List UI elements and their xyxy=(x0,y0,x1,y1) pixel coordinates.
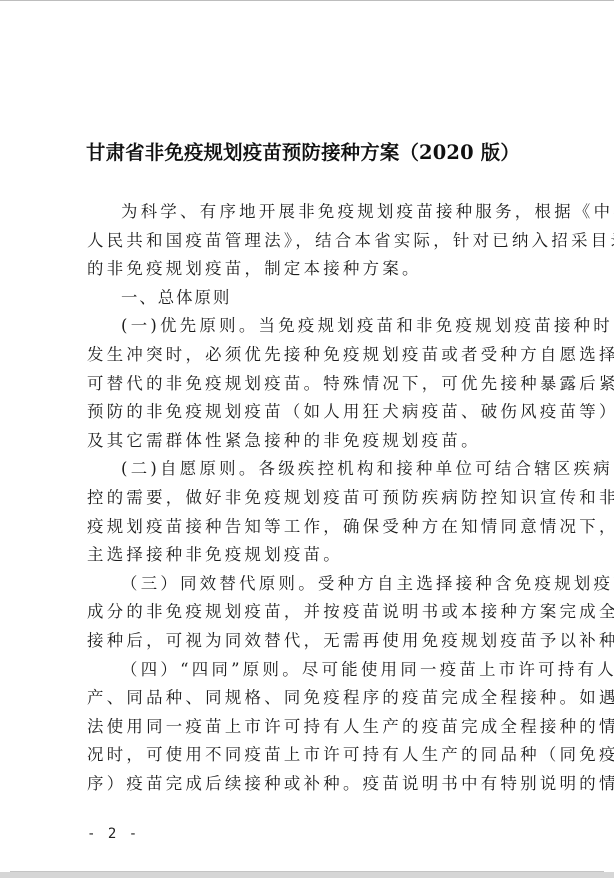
paragraph-line: 产、同品种、同规格、同免疫程序的疫苗完成全程接种。如遇无 xyxy=(87,684,539,713)
document-title: 甘肃省非免疫规划疫苗预防接种方案（2020 版） xyxy=(86,137,546,165)
paragraph-line: 接种后，可视为同效替代，无需再使用免疫规划疫苗予以补种。 xyxy=(87,627,539,656)
paragraph-line: （三）同效替代原则。受种方自主选择接种含免疫规划疫苗 xyxy=(87,570,539,599)
section-heading: 一、总体原则 xyxy=(87,284,539,313)
paragraph-line: 为科学、有序地开展非免疫规划疫苗接种服务，根据《中华 xyxy=(87,198,539,227)
document-body: 为科学、有序地开展非免疫规划疫苗接种服务，根据《中华 人民共和国疫苗管理法》，结… xyxy=(87,198,539,798)
paragraph-line: 成分的非免疫规划疫苗，并按疫苗说明书或本接种方案完成全程 xyxy=(87,598,539,627)
paragraph-line: (二)自愿原则。各级疾控机构和接种单位可结合辖区疾病防 xyxy=(87,455,539,484)
paragraph-line: 疫规划疫苗接种告知等工作，确保受种方在知情同意情况下，自 xyxy=(87,513,539,542)
paragraph-line: 的非免疫规划疫苗，制定本接种方案。 xyxy=(87,255,539,284)
paragraph-line: 序）疫苗完成后续接种或补种。疫苗说明书中有特别说明的情况 xyxy=(87,770,539,799)
page-top-border xyxy=(0,0,614,1)
paragraph-line: (一)优先原则。当免疫规划疫苗和非免疫规划疫苗接种时间 xyxy=(87,312,539,341)
paragraph-line: 人民共和国疫苗管理法》，结合本省实际，针对已纳入招采目录 xyxy=(87,227,539,256)
paragraph-line: （四）“四同”原则。尽可能使用同一疫苗上市许可持有人生 xyxy=(87,656,539,685)
paragraph-line: 可替代的非免疫规划疫苗。特殊情况下，可优先接种暴露后紧急 xyxy=(87,370,539,399)
paragraph-line: 况时，可使用不同疫苗上市许可持有人生产的同品种（同免疫程 xyxy=(87,741,539,770)
page-number: - 2 - xyxy=(87,826,139,842)
paragraph-line: 及其它需群体性紧急接种的非免疫规划疫苗。 xyxy=(87,427,539,456)
paragraph-line: 发生冲突时，必须优先接种免疫规划疫苗或者受种方自愿选择的 xyxy=(87,341,539,370)
paragraph-line: 控的需要，做好非免疫规划疫苗可预防疾病防控知识宣传和非免 xyxy=(87,484,539,513)
paragraph-line: 法使用同一疫苗上市许可持有人生产的疫苗完成全程接种的情 xyxy=(87,713,539,742)
page-bottom-shadow xyxy=(0,872,614,878)
paragraph-line: 主选择接种非免疫规划疫苗。 xyxy=(87,541,539,570)
paragraph-line: 预防的非免疫规划疫苗（如人用狂犬病疫苗、破伤风疫苗等）以 xyxy=(87,398,539,427)
